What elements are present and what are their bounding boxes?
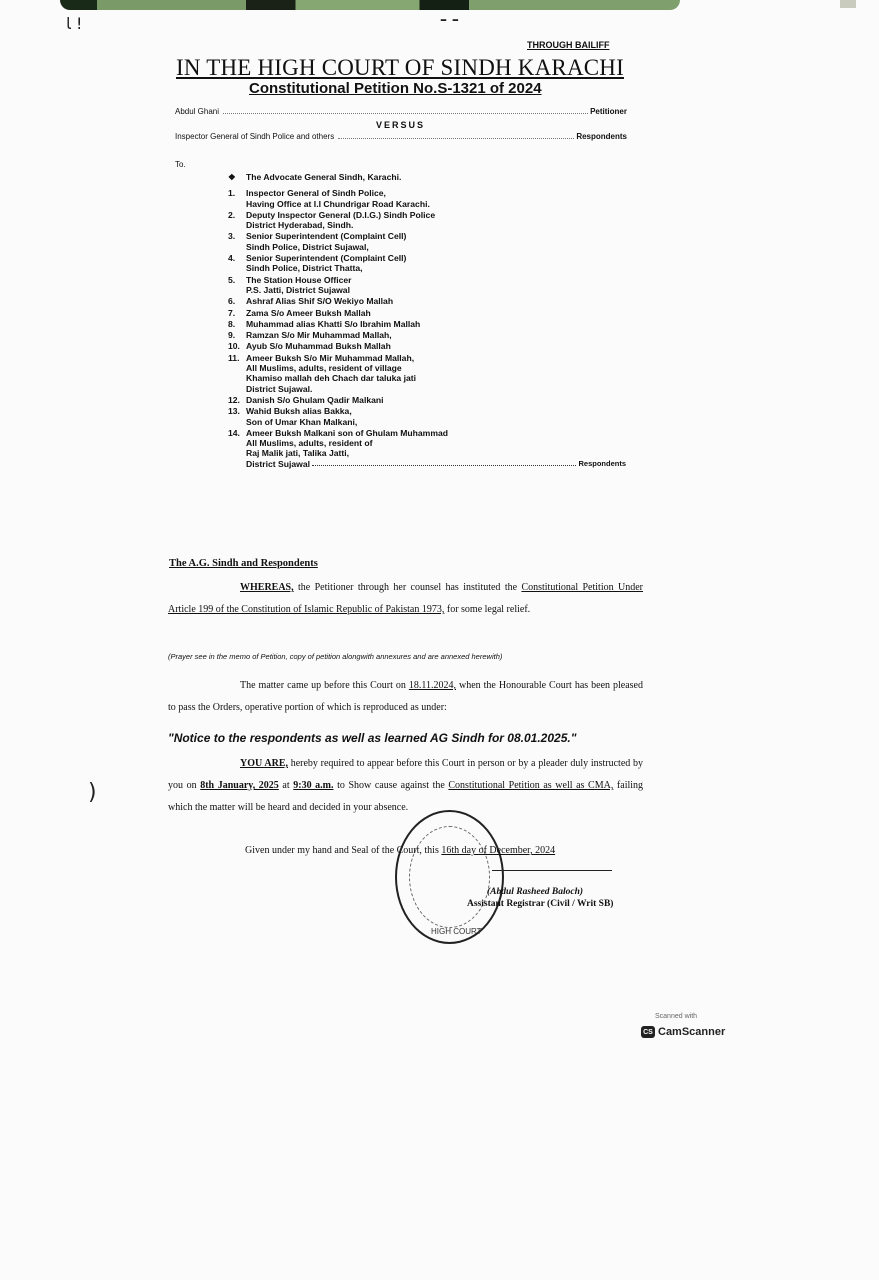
given-text: Given under my hand and Seal of the Cour… [245, 845, 441, 856]
respondent-party-name: Inspector General of Sindh Police and ot… [175, 132, 334, 141]
petitioner-role: Petitioner [590, 107, 627, 116]
recipient-line: The Station House Officer [246, 275, 352, 285]
recipient-number: 11. [228, 353, 246, 394]
recipient-line: All Muslims, adults, resident of village [246, 363, 416, 373]
summons-subject: Constitutional Petition as well as CMA, [448, 780, 613, 791]
recipient-item: 13.Wahid Buksh alias Bakka,Son of Umar K… [228, 406, 628, 427]
recipient-line: Wahid Buksh alias Bakka, [246, 406, 357, 416]
recipient-item: 6.Ashraf Alias Shif S/O Wekiyo Mallah [228, 296, 628, 306]
prayer-note: (Prayer see in the memo of Petition, cop… [168, 652, 502, 661]
summons-lead: YOU ARE, [240, 758, 288, 769]
recipient-line: P.S. Jatti, District Sujawal [246, 285, 352, 295]
recipient-line: The Advocate General Sindh, Karachi. [246, 172, 401, 182]
recipient-number: 1. [228, 188, 246, 209]
recipient-item: 7.Zama S/o Ameer Buksh Mallah [228, 308, 628, 318]
recipient-line: Having Office at I.I Chundrigar Road Kar… [246, 199, 430, 209]
recipient-line: District Sujawal. [246, 384, 416, 394]
camscanner-brand: CamScanner [658, 1026, 725, 1038]
respondent-party-role: Respondents [576, 132, 627, 141]
watermark-caption: Scanned with [655, 1013, 697, 1020]
recipient-line: Ameer Buksh S/o Mir Muhammad Mallah, [246, 353, 416, 363]
recipient-item: 12.Danish S/o Ghulam Qadir Malkani [228, 395, 628, 405]
summons-text-at: at [279, 780, 293, 791]
recipient-item: 3.Senior Superintendent (Complaint Cell)… [228, 231, 628, 252]
recipient-number: 3. [228, 231, 246, 252]
seal-text: HIGH COURT [431, 927, 482, 936]
recipient-number: 8. [228, 319, 246, 329]
paragraph-whereas: WHEREAS, the Petitioner through her coun… [168, 577, 643, 621]
recipient-item: 5.The Station House OfficerP.S. Jatti, D… [228, 275, 628, 296]
recipient-item: 8.Muhammad alias Khatti S/o Ibrahim Mall… [228, 319, 628, 329]
respondents-closing-line: District SujawalRespondents [246, 459, 626, 469]
court-seal-stamp: HIGH COURT [395, 810, 504, 944]
recipient-line: Zama S/o Ameer Buksh Mallah [246, 308, 371, 318]
appearance-time: 9:30 a.m. [293, 780, 333, 791]
hearing-date: 18.11.2024, [409, 680, 456, 691]
given-under-seal: Given under my hand and Seal of the Cour… [245, 845, 555, 856]
versus-label: VERSUS [376, 120, 425, 130]
recipient-number: 12. [228, 395, 246, 405]
recipient-line: Sindh Police, District Thatta, [246, 263, 406, 273]
recipient-number: 9. [228, 330, 246, 340]
recipient-line: Senior Superintendent (Complaint Cell) [246, 253, 406, 263]
recipient-line: Danish S/o Ghulam Qadir Malkani [246, 395, 384, 405]
recipient-line: Raj Malik jati, Talika Jatti, [246, 448, 626, 458]
camscanner-watermark: CS CamScanner [641, 1026, 725, 1038]
recipient-line: Inspector General of Sindh Police, [246, 188, 430, 198]
paragraph-matter: The matter came up before this Court on … [168, 675, 643, 719]
recipient-list: ❖The Advocate General Sindh, Karachi.1.I… [228, 172, 628, 470]
recipient-line: All Muslims, adults, resident of [246, 438, 626, 448]
recipient-number: 10. [228, 341, 246, 351]
recipient-line: Ramzan S/o Mir Muhammad Mallah, [246, 330, 392, 340]
whereas-text: the Petitioner through her counsel has i… [294, 582, 522, 593]
recipient-number: 6. [228, 296, 246, 306]
petitioner-line: Abdul Ghani Petitioner [175, 107, 627, 116]
recipient-line: Sindh Police, District Sujawal, [246, 242, 406, 252]
signature-line [492, 870, 612, 871]
recipient-line: Deputy Inspector General (D.I.G.) Sindh … [246, 210, 435, 220]
signatory-name: (Abdul Rasheed Baloch) [487, 887, 583, 897]
recipient-line: Muhammad alias Khatti S/o Ibrahim Mallah [246, 319, 420, 329]
court-notice-page: ﺎ ! – – ) THROUGH BAILIFF IN THE HIGH CO… [0, 0, 879, 1280]
recipient-line: District Hyderabad, Sindh. [246, 220, 435, 230]
recipient-item: 4.Senior Superintendent (Complaint Cell)… [228, 253, 628, 274]
service-note: THROUGH BAILIFF [527, 40, 610, 50]
whereas-lead: WHEREAS, [240, 582, 294, 593]
to-label: To. [175, 160, 186, 169]
recipient-line: Ashraf Alias Shif S/O Wekiyo Mallah [246, 296, 393, 306]
recipient-item: 2.Deputy Inspector General (D.I.G.) Sind… [228, 210, 628, 231]
appearance-date: 8th January, 2025 [200, 780, 279, 791]
paragraph-summons: YOU ARE, hereby required to appear befor… [168, 753, 643, 819]
margin-mark-top-left: ﺎ ! [66, 14, 82, 33]
recipient-line: Son of Umar Khan Malkani, [246, 417, 357, 427]
given-date: 16th day of December, 2024 [441, 845, 555, 856]
recipient-item: 11.Ameer Buksh S/o Mir Muhammad Mallah,A… [228, 353, 628, 394]
recipient-number: ❖ [228, 172, 246, 182]
recipient-number: 2. [228, 210, 246, 231]
recipient-item: 1.Inspector General of Sindh Police,Havi… [228, 188, 628, 209]
whereas-text-end: for some legal relief. [444, 604, 530, 615]
case-number: Constitutional Petition No.S-1321 of 202… [249, 80, 542, 97]
addressee-heading: The A.G. Sindh and Respondents [169, 558, 318, 569]
recipient-item: ❖The Advocate General Sindh, Karachi. [228, 172, 628, 182]
recipient-number: 7. [228, 308, 246, 318]
recipient-number: 14. [228, 428, 246, 469]
recipient-number: 13. [228, 406, 246, 427]
recipient-item: 9.Ramzan S/o Mir Muhammad Mallah, [228, 330, 628, 340]
court-title: IN THE HIGH COURT OF SINDH KARACHI [176, 55, 624, 81]
margin-mark-left: ) [88, 780, 97, 805]
recipient-number: 4. [228, 253, 246, 274]
recipient-line: Senior Superintendent (Complaint Cell) [246, 231, 406, 241]
signatory-designation: Assistant Registrar (Civil / Writ SB) [467, 899, 613, 909]
recipient-item: 10.Ayub S/o Muhammad Buksh Mallah [228, 341, 628, 351]
respondent-party-line: Inspector General of Sindh Police and ot… [175, 132, 627, 141]
recipient-line: Khamiso mallah deh Chach dar taluka jati [246, 373, 416, 383]
margin-mark-top-center: – – [440, 12, 459, 28]
camscanner-logo-icon: CS [641, 1026, 655, 1038]
summons-text-cause: to Show cause against the [334, 780, 449, 791]
recipient-item: 14.Ameer Buksh Malkani son of Ghulam Muh… [228, 428, 628, 469]
petitioner-name: Abdul Ghani [175, 107, 219, 116]
recipient-number: 5. [228, 275, 246, 296]
recipient-line: Ameer Buksh Malkani son of Ghulam Muhamm… [246, 428, 626, 438]
order-quote: "Notice to the respondents as well as le… [168, 731, 576, 745]
recipient-line: Ayub S/o Muhammad Buksh Mallah [246, 341, 391, 351]
matter-text: The matter came up before this Court on [240, 680, 409, 691]
